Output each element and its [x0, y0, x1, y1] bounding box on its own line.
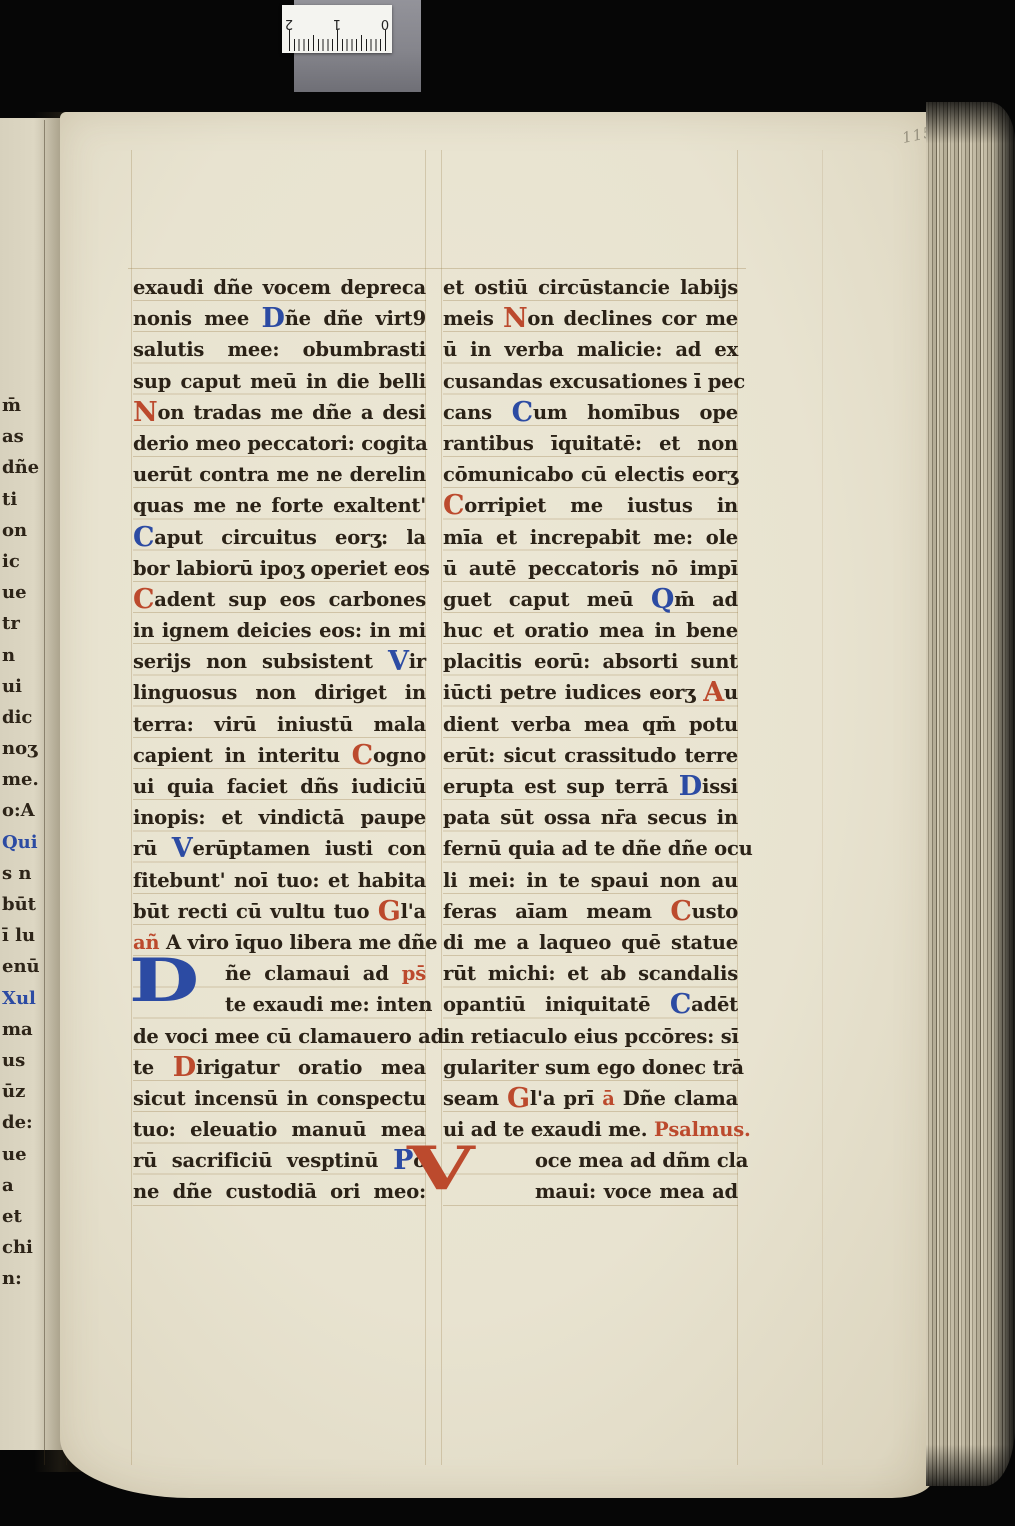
body-text: rūt michi: et ab scandalis — [443, 962, 738, 985]
body-text: erupta est sup terrā — [443, 775, 679, 798]
text-line: dient verba mea qm̄ potu — [443, 709, 738, 740]
body-text: m̄ ad — [674, 588, 738, 611]
colored-initial: G — [507, 1083, 530, 1114]
text-line: opantiū iniquitatē Cadēt — [443, 989, 738, 1020]
body-text: pata sūt ossa nr̄a secus in — [443, 806, 738, 829]
text-line: ne dñe custodiā ori meo: — [133, 1176, 426, 1207]
rubric-text: Psalmus. — [654, 1118, 751, 1141]
illuminated-initial: D — [129, 952, 199, 1010]
text-line: quas me ne forte exaltent' — [133, 490, 426, 521]
text-line: seam Gl'a prī ā Dñe clama — [443, 1083, 738, 1114]
rubric-text: ps̄ — [402, 962, 426, 985]
ruler-label-0: 0 — [381, 16, 389, 31]
text-line: uerūt contra me ne derelin — [133, 459, 426, 490]
text-line: ū in verba malicie: ad ex — [443, 334, 738, 365]
body-text: inopis: et vindictā paupe — [133, 806, 426, 829]
colored-initial: G — [378, 896, 401, 927]
ruler-ticks-cm — [288, 30, 386, 51]
text-line: placitis eorū: absorti sunt — [443, 646, 738, 677]
body-text: quas me ne forte exaltent' — [133, 494, 426, 517]
text-line: būt recti cū vultu tuo Gl'a — [133, 896, 426, 927]
text-line: et ostiū circūstancie labijs — [443, 272, 738, 303]
text-line: Non tradas me dñe a desi — [133, 397, 426, 428]
colored-initial: C — [512, 397, 533, 428]
body-text: fernū quia ad te dñe dñe ocu — [443, 837, 753, 860]
body-text: aput circuitus eorʒ: la — [154, 526, 426, 549]
body-text: fitebunt' noī tuo: et habita — [133, 869, 426, 892]
body-text: u — [724, 681, 738, 704]
body-text: l'a — [401, 900, 426, 923]
body-text: cōmunicabo cū electis eorʒ — [443, 463, 738, 486]
body-text: gulariter sum ego donec trā — [443, 1056, 744, 1079]
body-text: on tradas me dñe a desi — [157, 401, 426, 424]
body-text: ogno — [373, 744, 426, 767]
body-text: exaudi dñe vocem depreca — [133, 276, 426, 299]
body-text: dient verba mea qm̄ potu — [443, 713, 738, 736]
text-line: fitebunt' noī tuo: et habita — [133, 865, 426, 896]
body-text: erūt: sicut crassitudo terre — [443, 744, 738, 767]
text-line: ui ad te exaudi me. Psalmus. — [443, 1114, 738, 1145]
text-line: rūt michi: et ab scandalis — [443, 958, 738, 989]
colored-initial: N — [503, 303, 527, 334]
body-text: cans — [443, 401, 512, 424]
body-text: nonis mee — [133, 307, 261, 330]
body-text: tuo: eleuatio manuū mea — [133, 1118, 426, 1141]
body-text: guet caput meū — [443, 588, 651, 611]
colored-initial: V — [172, 833, 193, 864]
ruler-label-2: 2 — [285, 16, 293, 31]
body-text: te exaudi me: inten — [225, 993, 432, 1016]
body-text: ū autē peccatoris nō impī — [443, 557, 738, 580]
text-line: ū autē peccatoris nō impī — [443, 553, 738, 584]
text-line: te Dirigatur oratio mea — [133, 1052, 426, 1083]
ruling-line-vertical — [131, 150, 132, 1465]
ruler-scale: 0 1 2 — [282, 5, 392, 53]
body-text: on declines cor me — [527, 307, 738, 330]
ruler-label-1: 1 — [333, 16, 341, 31]
body-text: feras aīam meam — [443, 900, 670, 923]
text-line: cōmunicabo cū electis eorʒ — [443, 459, 738, 490]
ruling-line-vertical — [441, 150, 442, 1465]
text-line: exaudi dñe vocem depreca — [133, 272, 426, 303]
body-text: adēt — [691, 993, 738, 1016]
text-line: serijs non subsistent Vir — [133, 646, 426, 677]
colored-initial: D — [679, 771, 702, 802]
body-text: uerūt contra me ne derelin — [133, 463, 426, 486]
text-line: meis Non declines cor me — [443, 303, 738, 334]
colored-initial: C — [670, 989, 691, 1020]
body-text: oce mea ad dñm cla — [535, 1149, 748, 1172]
body-text: mīa et increpabit me: ole — [443, 526, 738, 549]
colored-initial: C — [133, 584, 154, 615]
body-text: salutis mee: obumbrasti — [133, 338, 426, 361]
measurement-ruler: 0 1 2 — [282, 5, 392, 53]
body-text: te — [133, 1056, 173, 1079]
colored-initial: C — [133, 522, 154, 553]
right-text-column: et ostiū circūstancie labijsmeis Non dec… — [443, 272, 738, 1209]
text-line: erūt: sicut crassitudo terre — [443, 740, 738, 771]
text-line: iūcti petre iudices eorʒ Au — [443, 677, 738, 708]
body-text: placitis eorū: absorti sunt — [443, 650, 738, 673]
body-text: ū in verba malicie: ad ex — [443, 338, 738, 361]
body-text: sicut incensū in conspectu — [133, 1087, 426, 1110]
colored-initial: D — [173, 1052, 196, 1083]
body-text: derio meo peccatori: cogita — [133, 432, 428, 455]
text-line: terra: virū iniustū mala — [133, 709, 426, 740]
text-line: Caput circuitus eorʒ: la — [133, 522, 426, 553]
body-text: de voci mee cū clamauero ad — [133, 1025, 444, 1048]
text-line: huc et oratio mea in bene — [443, 615, 738, 646]
body-text: um homībus ope — [533, 401, 738, 424]
body-text: ne dñe custodiā ori meo: — [133, 1180, 426, 1203]
text-line: salutis mee: obumbrasti — [133, 334, 426, 365]
left-text-column: exaudi dñe vocem deprecanonis mee Dñe dñ… — [133, 272, 426, 1209]
body-text: usto — [692, 900, 738, 923]
body-text: ñe dñe virt9 — [285, 307, 426, 330]
body-text: irigatur oratio mea — [196, 1056, 426, 1079]
body-text: li mei: in te spaui non au — [443, 869, 738, 892]
manuscript-photo: m̄asdñetionicuetrnuidicnoʒme.o:AQuis nbū… — [0, 0, 1015, 1526]
text-line: bor labiorū ipoʒ operiet eos — [133, 553, 426, 584]
text-line: cans Cum homībus ope — [443, 397, 738, 428]
body-text: l'a prī — [530, 1087, 602, 1110]
body-text: erūptamen iusti con — [193, 837, 426, 860]
text-line: derio meo peccatori: cogita — [133, 428, 426, 459]
rubric-text: ā — [602, 1087, 623, 1110]
body-text: iūcti petre iudices eorʒ — [443, 681, 703, 704]
body-text: cusandas excusationes ī pec — [443, 370, 745, 393]
body-text: meis — [443, 307, 503, 330]
body-text: issi — [702, 775, 738, 798]
text-line: tuo: eleuatio manuū mea — [133, 1114, 426, 1145]
colored-initial: Q — [651, 584, 674, 615]
body-text: būt recti cū vultu tuo — [133, 900, 378, 923]
body-text: maui: voce mea ad — [535, 1180, 738, 1203]
body-text: opantiū iniquitatē — [443, 993, 670, 1016]
body-text: et ostiū circūstancie labijs — [443, 276, 738, 299]
body-text: in retiaculo eius pccōres: sī — [443, 1025, 739, 1048]
body-text: rū sacrificiū vesptinū — [133, 1149, 393, 1172]
body-text: rū — [133, 837, 172, 860]
text-line: rū sacrificiū vesptinū Po — [133, 1145, 426, 1176]
body-text: capient in interitu — [133, 744, 352, 767]
text-line: guet caput meū Qm̄ ad — [443, 584, 738, 615]
body-text: in ignem deicies eos: in mi — [133, 619, 426, 642]
body-text: seam — [443, 1087, 507, 1110]
illuminated-initial: V — [407, 1140, 475, 1198]
text-line: gulariter sum ego donec trā — [443, 1052, 738, 1083]
text-line: cusandas excusationes ī pec — [443, 366, 738, 397]
text-line: feras aīam meam Custo — [443, 896, 738, 927]
text-line: in ignem deicies eos: in mi — [133, 615, 426, 646]
gutter-crease-line — [44, 120, 45, 1465]
fore-edge-shading — [926, 102, 1015, 1486]
colored-initial: C — [443, 490, 464, 521]
text-line: capient in interitu Cogno — [133, 740, 426, 771]
body-text: di me a laqueo quē statue — [443, 931, 738, 954]
colored-initial: C — [670, 896, 691, 927]
text-line: Cadent sup eos carbones — [133, 584, 426, 615]
text-line: sup caput meū in die belli — [133, 366, 426, 397]
body-text: linguosus non diriget in — [133, 681, 426, 704]
body-text: terra: virū iniustū mala — [133, 713, 426, 736]
text-line: sicut incensū in conspectu — [133, 1083, 426, 1114]
body-text: ir — [409, 650, 426, 673]
body-text: bor labiorū ipoʒ operiet eos — [133, 557, 430, 580]
text-line: rantibus īquitatē: et non — [443, 428, 738, 459]
body-text: orripiet me iustus in — [464, 494, 738, 517]
text-line: oce mea ad dñm cla — [443, 1145, 738, 1176]
text-line: rū Verūptamen iusti con — [133, 833, 426, 864]
text-line: inopis: et vindictā paupe — [133, 802, 426, 833]
colored-initial: V — [388, 646, 409, 677]
body-text: ui quia faciet dñs iudiciū — [133, 775, 426, 798]
body-text: Dñe clama — [623, 1087, 738, 1110]
text-line: pata sūt ossa nr̄a secus in — [443, 802, 738, 833]
body-text: sup caput meū in die belli — [133, 370, 426, 393]
text-line: erupta est sup terrā Dissi — [443, 771, 738, 802]
text-line: linguosus non diriget in — [133, 677, 426, 708]
body-text: ñe clamaui ad — [225, 962, 402, 985]
colored-initial: A — [703, 677, 724, 708]
text-line: li mei: in te spaui non au — [443, 865, 738, 896]
text-line: nonis mee Dñe dñe virt9 — [133, 303, 426, 334]
text-line: maui: voce mea ad — [443, 1176, 738, 1207]
text-line: ui quia faciet dñs iudiciū — [133, 771, 426, 802]
colored-initial: D — [261, 303, 284, 334]
text-line: mīa et increpabit me: ole — [443, 522, 738, 553]
body-text: rantibus īquitatē: et non — [443, 432, 738, 455]
text-line: Corripiet me iustus in — [443, 490, 738, 521]
ruling-line-vertical — [822, 150, 823, 1465]
text-line: in retiaculo eius pccōres: sī — [443, 1021, 738, 1052]
body-text: A viro īquo libera me dñe — [166, 931, 437, 954]
text-line: di me a laqueo quē statue — [443, 927, 738, 958]
ruling-line-top — [128, 268, 746, 269]
body-text: serijs non subsistent — [133, 650, 388, 673]
text-line: fernū quia ad te dñe dñe ocu — [443, 833, 738, 864]
text-line: de voci mee cū clamauero ad — [133, 1021, 426, 1052]
body-text: huc et oratio mea in bene — [443, 619, 738, 642]
body-text: adent sup eos carbones — [154, 588, 426, 611]
colored-initial: C — [352, 740, 373, 771]
colored-initial: N — [133, 397, 157, 428]
